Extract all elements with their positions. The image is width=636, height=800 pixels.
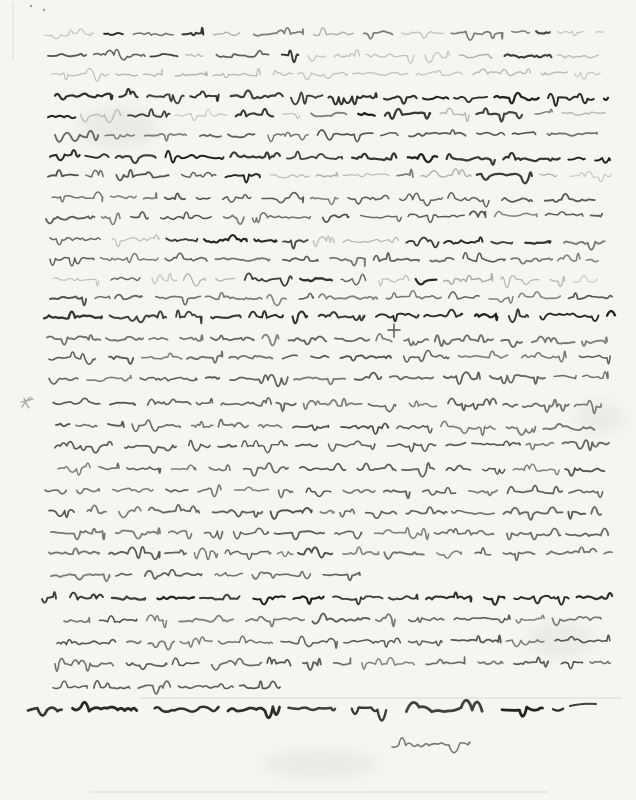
paper-smudge	[260, 750, 380, 778]
handwriting-svg	[0, 0, 636, 800]
ink-speck	[30, 5, 32, 7]
manuscript-page	[0, 0, 636, 800]
paper-smudge	[78, 106, 158, 150]
ink-speck	[43, 9, 45, 11]
